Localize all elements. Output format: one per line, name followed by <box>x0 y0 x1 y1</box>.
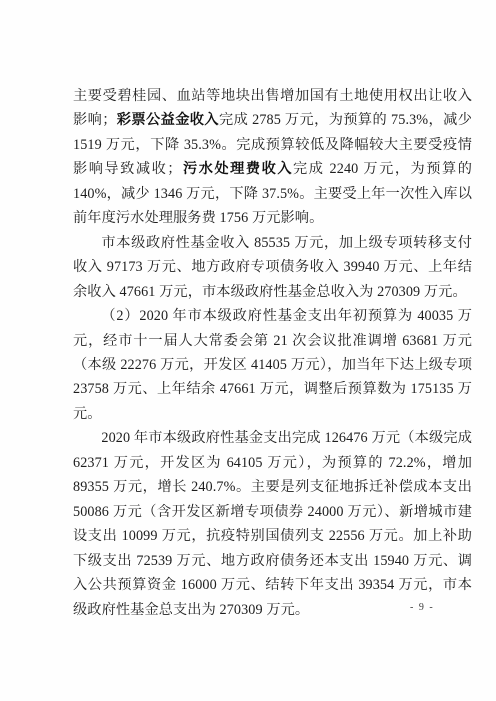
text-run: 市本级政府性基金收入 85535 万元，加上级专项转移支付收入 97173 万元… <box>73 235 472 300</box>
text-run: 2020 年市本级政府性基金支出完成 126476 万元（本级完成 62371 … <box>73 430 472 617</box>
paragraph: 2020 年市本级政府性基金支出完成 126476 万元（本级完成 62371 … <box>73 426 472 622</box>
bold-term: 彩票公益金收入 <box>117 112 220 128</box>
page-number: - 9 - <box>410 602 434 613</box>
paragraph: 市本级政府性基金收入 85535 万元，加上级专项转移支付收入 97173 万元… <box>73 231 472 304</box>
text-run: （2）2020 年市本级政府性基金支出年初预算为 40035 万元，经市十一届人… <box>73 308 472 422</box>
document-page: 主要受碧桂园、血站等地块出售增加国有土地使用权出让收入影响；彩票公益金收入完成 … <box>0 0 496 701</box>
paragraph: （2）2020 年市本级政府性基金支出年初预算为 40035 万元，经市十一届人… <box>73 304 472 426</box>
paragraph: 主要受碧桂园、血站等地块出售增加国有土地使用权出让收入影响；彩票公益金收入完成 … <box>73 84 472 231</box>
bold-term: 污水处理费收入 <box>182 161 293 177</box>
text-block: 主要受碧桂园、血站等地块出售增加国有土地使用权出让收入影响；彩票公益金收入完成 … <box>73 84 472 622</box>
